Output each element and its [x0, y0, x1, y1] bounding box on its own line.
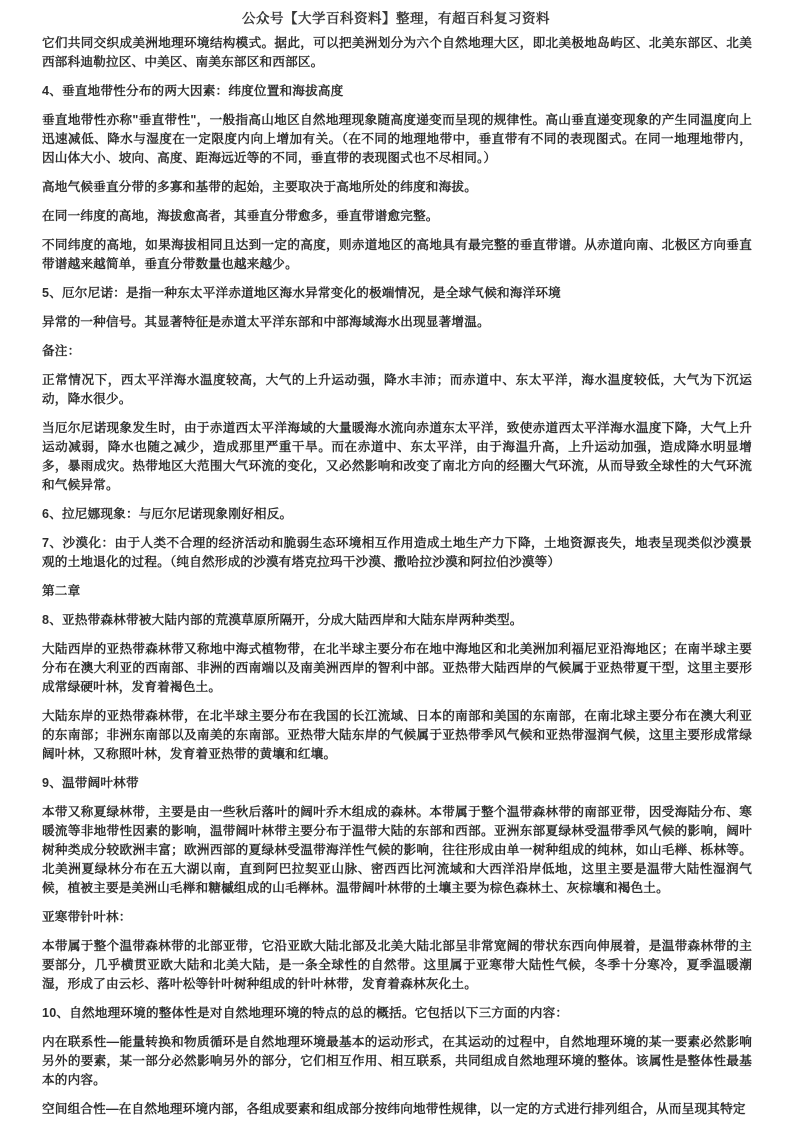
paragraph: 6、拉尼娜现象：与厄尔尼诺现象刚好相反。 [42, 505, 752, 524]
paragraph: 正常情况下，西太平洋海水温度较高，大气的上升运动强，降水丰沛；而赤道中、东太平洋… [42, 371, 752, 409]
paragraph: 它们共同交织成美洲地理环境结构模式。据此，可以把美洲划分为六个自然地理大区，即北… [42, 34, 752, 72]
paragraph: 高地气候垂直分带的多寡和基带的起始，主要取决于高地所处的纬度和海拔。 [42, 178, 752, 197]
paragraph: 在同一纬度的高地，海拔愈高者，其垂直分带愈多，垂直带谱愈完整。 [42, 207, 752, 226]
paragraph: 4、垂直地带性分布的两大因素：纬度位置和海拔高度 [42, 82, 752, 101]
paragraph: 不同纬度的高地，如果海拔相同且达到一定的高度，则赤道地区的高地具有最完整的垂直带… [42, 236, 752, 274]
paragraph: 内在联系性—能量转换和物质循环是自然地理环境最基本的运动形式，在其运动的过程中，… [42, 1033, 752, 1090]
paragraph: 7、沙漠化：由于人类不合理的经济活动和脆弱生态环境相互作用造成土地生产力下降，土… [42, 534, 752, 572]
paragraph: 本带属于整个温带森林带的北部亚带，它沿亚欧大陆北部及北美大陆北部呈非常宽阔的带状… [42, 937, 752, 994]
document-page: 公众号【大学百科资料】整理，有超百科复习资料 它们共同交织成美洲地理环境结构模式… [0, 0, 792, 1122]
paragraph: 8、亚热带森林带被大陆内部的荒漠草原所隔开，分成大陆西岸和大陆东岸两种类型。 [42, 611, 752, 630]
paragraph: 本带又称夏绿林带，主要是由一些秋后落叶的阔叶乔木组成的森林。本带属于整个温带森林… [42, 803, 752, 898]
paragraph: 9、温带阔叶林带 [42, 774, 752, 793]
paragraph: 亚寒带针叶林： [42, 908, 752, 927]
paragraph: 空间组合性—在自然地理环境内部，各组成要素和组成部分按纬向地带性规律，以一定的方… [42, 1100, 752, 1119]
paragraph: 异常的一种信号。其显著特征是赤道太平洋东部和中部海域海水出现显著增温。 [42, 313, 752, 332]
paragraph: 10、自然地理环境的整体性是对自然地理环境的特点的总的概括。它包括以下三方面的内… [42, 1004, 752, 1023]
page-header: 公众号【大学百科资料】整理，有超百科复习资料 [0, 0, 792, 27]
paragraph: 垂直地带性亦称"垂直带性"，一般指高山地区自然地理现象随高度递变而呈现的规律性。… [42, 111, 752, 168]
paragraph: 大陆西岸的亚热带森林带又称地中海式植物带，在北半球主要分布在地中海地区和北美洲加… [42, 640, 752, 697]
paragraph: 5、厄尔尼诺：是指一种东太平洋赤道地区海水异常变化的极端情况，是全球气候和海洋环… [42, 284, 752, 303]
paragraph: 备注： [42, 342, 752, 361]
document-body: 它们共同交织成美洲地理环境结构模式。据此，可以把美洲划分为六个自然地理大区，即北… [42, 34, 752, 1119]
paragraph: 第二章 [42, 582, 752, 601]
paragraph: 当厄尔尼诺现象发生时，由于赤道西太平洋海域的大量暖海水流向赤道东太平洋，致使赤道… [42, 419, 752, 495]
paragraph: 大陆东岸的亚热带森林带，在北半球主要分布在我国的长江流域、日本的南部和美国的东南… [42, 707, 752, 764]
